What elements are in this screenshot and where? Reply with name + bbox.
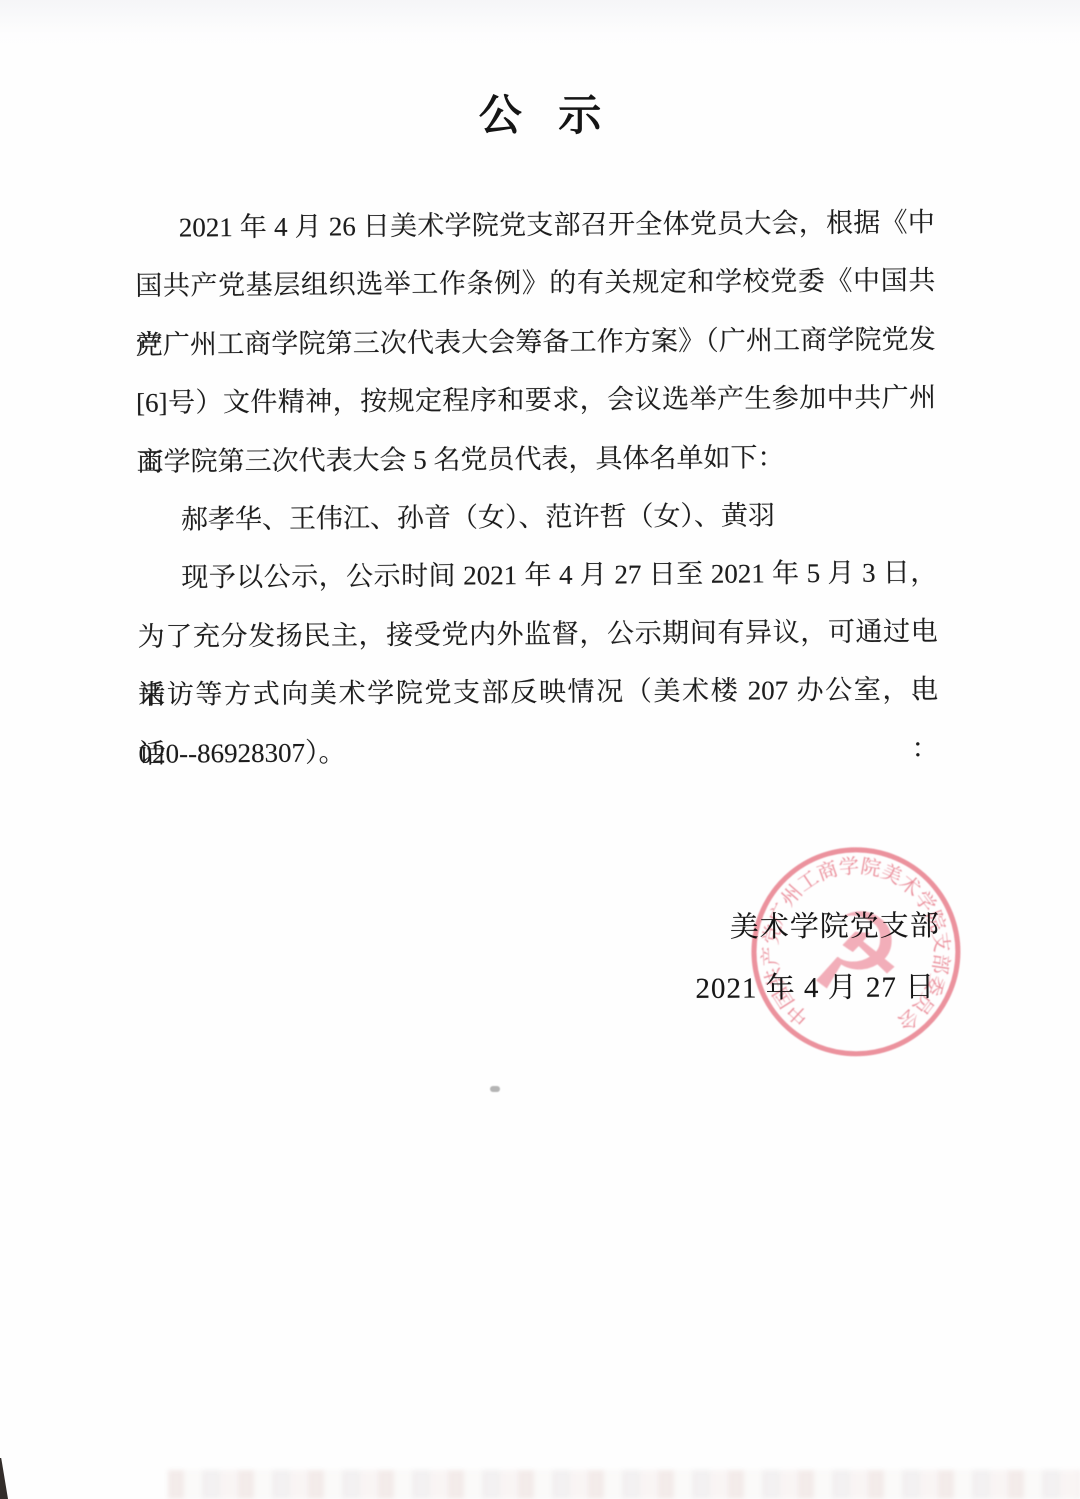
scan-speck <box>490 1086 500 1092</box>
body-line: 现予以公示，公示时间 2021 年 4 月 27 日至 2021 年 5 月 3… <box>137 544 937 608</box>
body-line: 商学院第三次代表大会 5 名党员代表，具体名单如下： <box>136 427 936 491</box>
document-content: 2021 年 4 月 26 日美术学院党支部召开全体党员大会，根据《中 国共产党… <box>0 0 1080 1499</box>
body-line: [6]号）文件精神，按规定程序和要求，会议选举产生参加中共广州工 <box>136 368 936 432</box>
body-text-block: 2021 年 4 月 26 日美术学院党支部召开全体党员大会，根据《中 国共产党… <box>135 193 939 782</box>
signature-unit-name: 美术学院党支部 <box>730 903 940 945</box>
signature-date: 2021 年 4 月 27 日 <box>695 964 935 1007</box>
body-line: 2021 年 4 月 26 日美术学院党支部召开全体党员大会，根据《中 <box>135 193 935 257</box>
body-line: 国共产党基层组织选举工作条例》的有关规定和学校党委《中国共产 <box>135 252 935 316</box>
scan-top-shade <box>0 0 1080 34</box>
body-line: 为了充分发扬民主，接受党内外监督，公示期间有异议，可通过电话、 <box>138 602 938 666</box>
document-page: 公示 2021 年 4 月 26 日美术学院党支部召开全体党员大会，根据《中 国… <box>0 0 1080 1499</box>
body-line: 来访等方式向美术学院党支部反映情况（美术楼 207 办公室，电话： <box>138 660 938 724</box>
names-line: 郝孝华、王伟江、孙音（女）、范许哲（女）、黄羽 <box>137 485 937 549</box>
official-seal-stamp: 中国共产党广州工商学院美术学院支部委员会 ☭ <box>739 835 973 1069</box>
stamp-outer-ring <box>745 840 968 1063</box>
scan-bottom-artifact-band <box>168 1470 1080 1499</box>
stamp-ring-text: 中国共产党广州工商学院美术学院支部委员会 <box>739 835 973 1069</box>
body-line: 党广州工商学院第三次代表大会筹备工作方案》（广州工商学院党发 <box>135 310 935 374</box>
svg-text:中国共产党广州工商学院美术学院支部委员会: 中国共产党广州工商学院美术学院支部委员会 <box>739 835 973 1069</box>
